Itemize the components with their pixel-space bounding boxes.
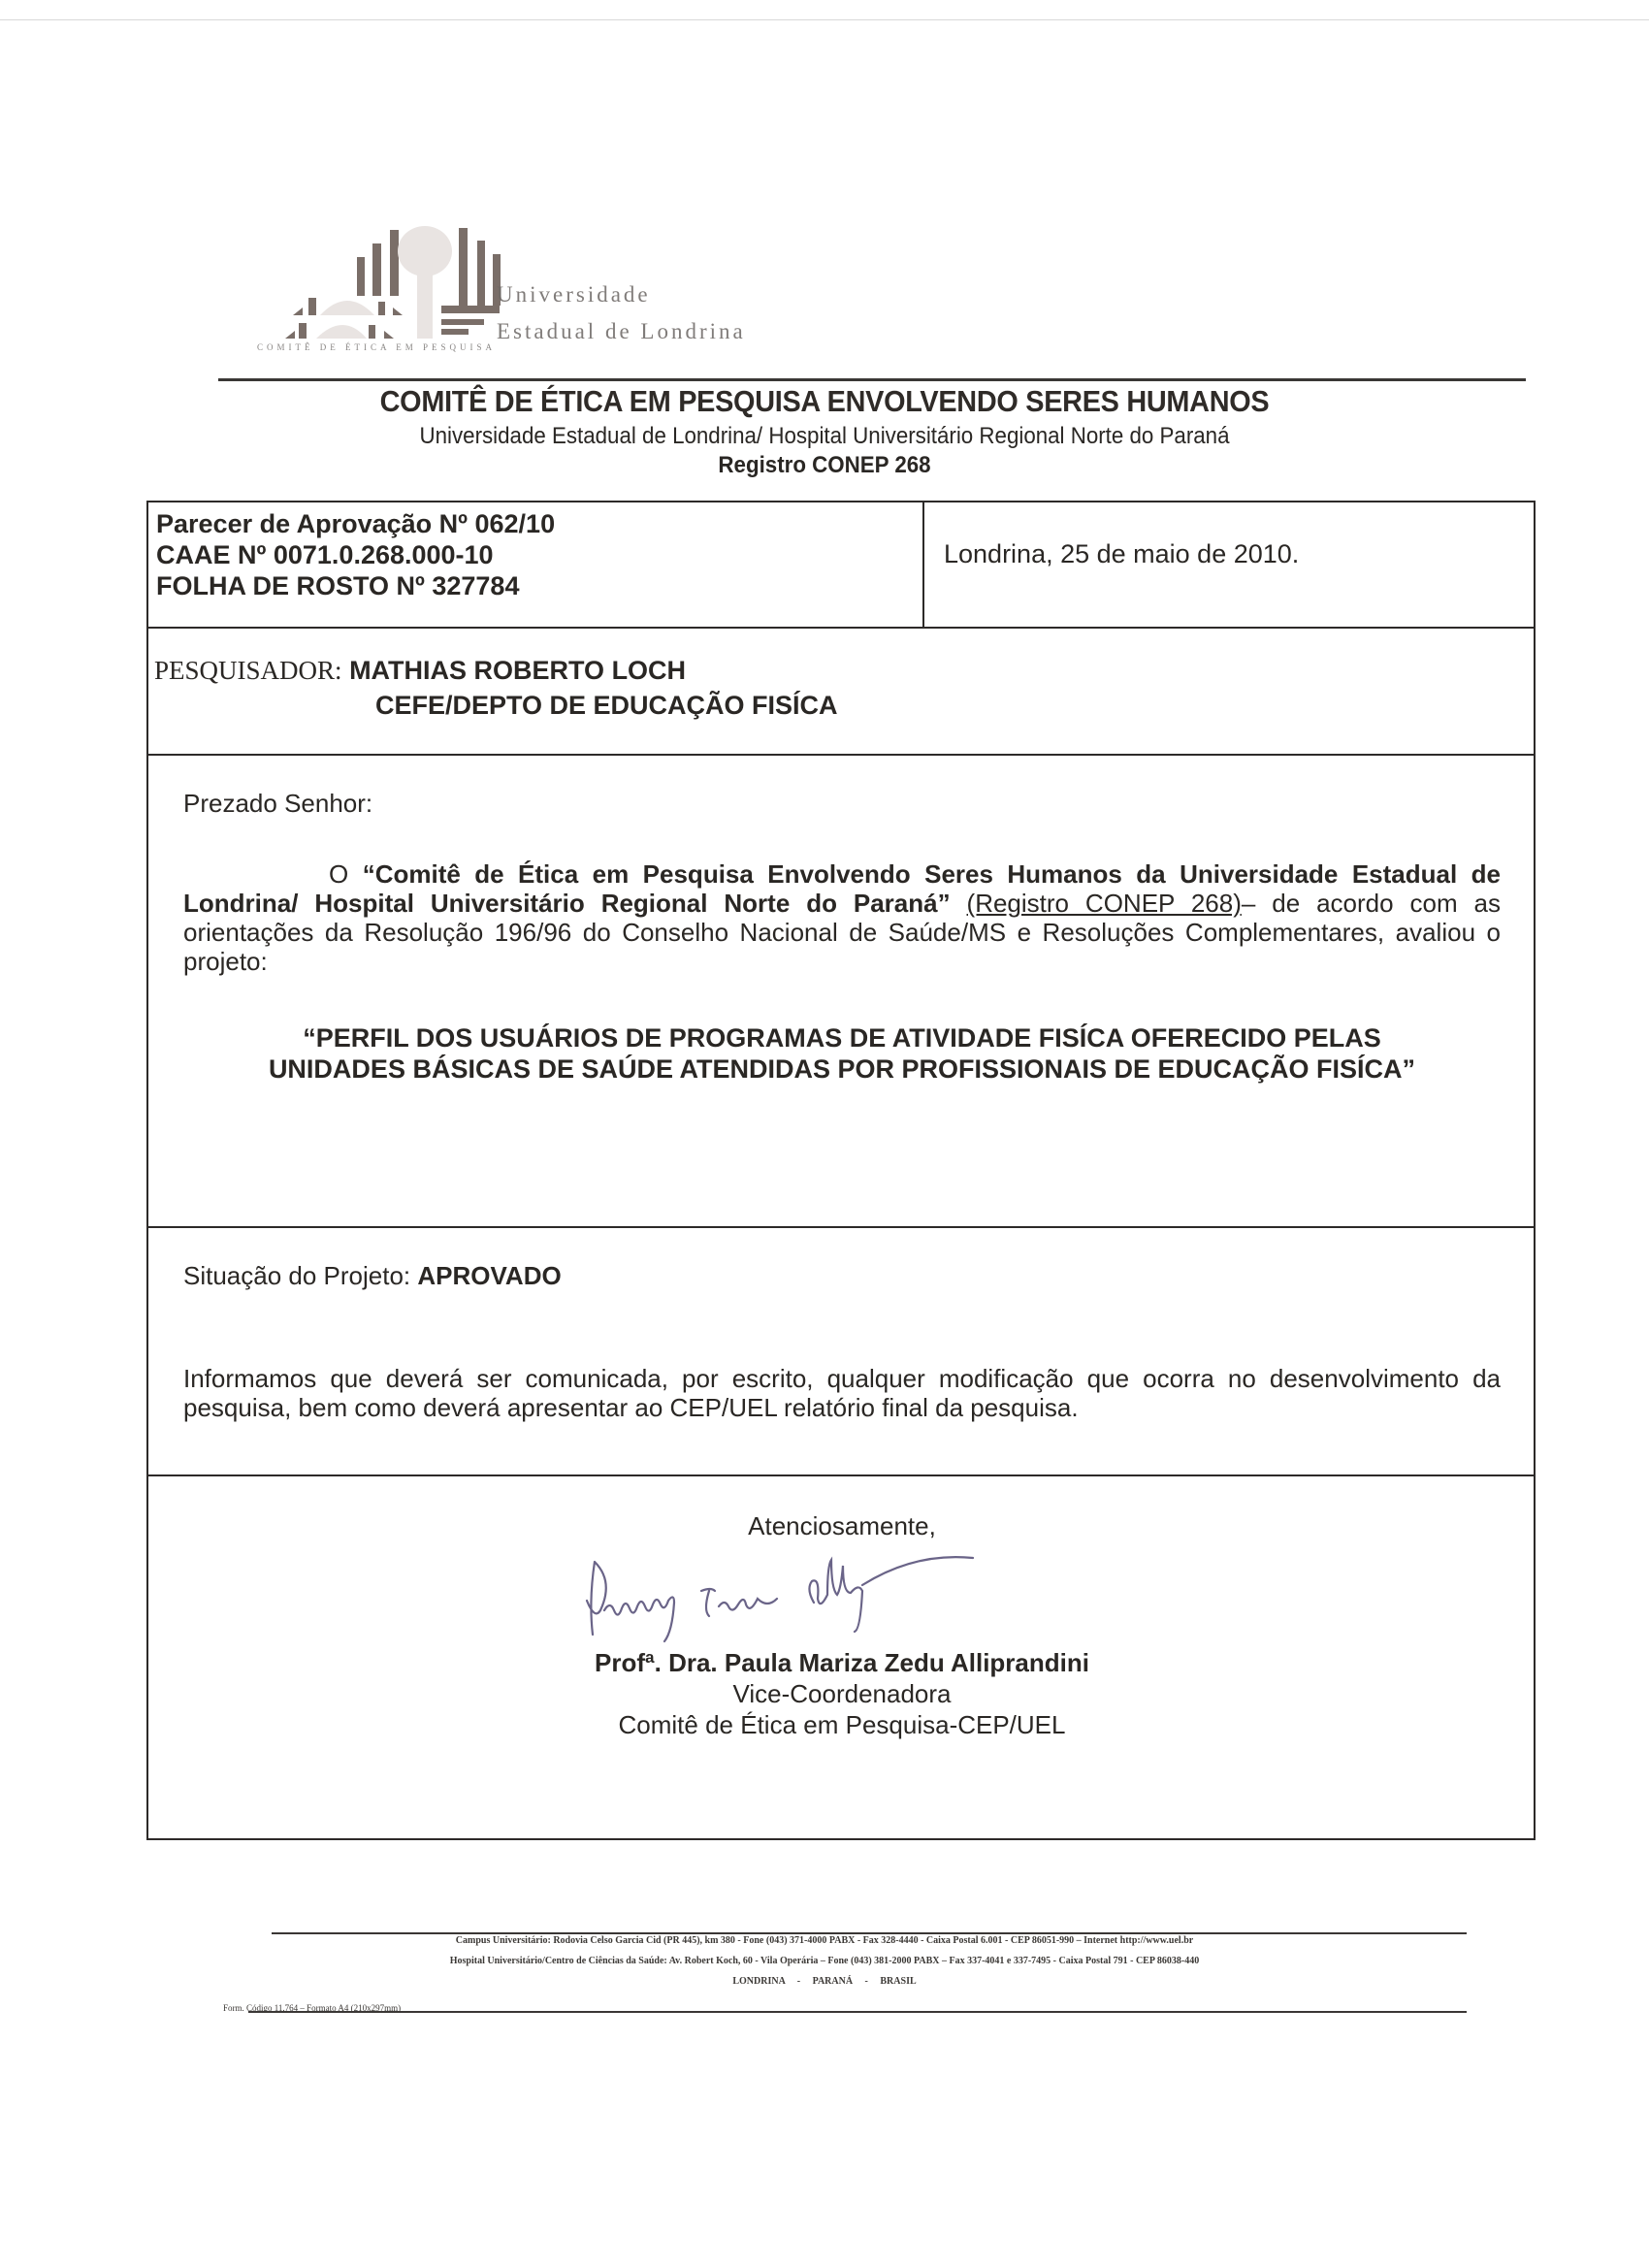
conep-registry-ref: (Registro CONEP 268): [967, 889, 1242, 918]
project-status: Situação do Projeto: APROVADO: [183, 1261, 562, 1291]
form-code: Form. Código 11.764 – Formato A4 (210x29…: [223, 2003, 401, 2013]
researcher-block: PESQUISADOR: MATHIAS ROBERTO LOCH CEFE/D…: [154, 653, 838, 723]
signer-organization: Comitê de Ética em Pesquisa-CEP/UEL: [148, 1709, 1536, 1740]
row-divider: [148, 627, 1534, 629]
signer-role: Vice-Coordenadora: [148, 1678, 1536, 1709]
signer-block: Profª. Dra. Paula Mariza Zedu Alliprandi…: [148, 1647, 1536, 1740]
researcher-department: CEFE/DEPTO DE EDUCAÇÃO FISÍCA: [154, 688, 838, 723]
footer-divider: [272, 1932, 1467, 1934]
footer-campus-address: Campus Universitário: Rodovia Celso Garc…: [0, 1935, 1649, 1946]
status-value: APROVADO: [417, 1261, 561, 1290]
evaluation-paragraph: O “Comitê de Ética em Pesquisa Envolvend…: [183, 859, 1501, 976]
scan-edge: [0, 19, 1649, 20]
signer-name: Profª. Dra. Paula Mariza Zedu Alliprandi…: [148, 1647, 1536, 1678]
caae-number: CAAE Nº 0071.0.268.000-10: [156, 539, 555, 570]
footer-divider-bottom: [248, 2011, 1467, 2013]
greeting: Prezado Senhor:: [183, 789, 372, 819]
header-divider: [218, 378, 1526, 381]
approval-form-table: Parecer de Aprovação Nº 062/10 CAAE Nº 0…: [146, 501, 1536, 1840]
parecer-number: Parecer de Aprovação Nº 062/10: [156, 508, 555, 539]
closing: Atenciosamente,: [148, 1511, 1536, 1541]
place-date: Londrina, 25 de maio de 2010.: [944, 539, 1299, 569]
researcher-label: PESQUISADOR:: [154, 656, 342, 685]
row-divider: [148, 1474, 1534, 1476]
row-divider: [148, 754, 1534, 756]
committee-title: COMITÊ DE ÉTICA EM PESQUISA ENVOLVENDO S…: [58, 384, 1592, 419]
handwritten-signature-icon: [566, 1542, 1070, 1649]
university-logo-icon: [281, 209, 533, 354]
logo-wordmark: Universidade Estadual de Londrina: [497, 276, 746, 350]
footer-hospital-address: Hospital Universitário/Centro de Ciência…: [0, 1956, 1649, 1966]
conep-registry: Registro CONEP 268: [58, 452, 1592, 479]
document-identifiers: Parecer de Aprovação Nº 062/10 CAAE Nº 0…: [156, 508, 555, 601]
project-title: “PERFIL DOS USUÁRIOS DE PROGRAMAS DE ATI…: [148, 1022, 1536, 1085]
institution-subtitle: Universidade Estadual de Londrina/ Hospi…: [58, 423, 1592, 450]
logo-subtitle: COMITÊ DE ÉTICA EM PESQUISA: [257, 342, 496, 352]
row-divider: [148, 1226, 1534, 1228]
footer-location: LONDRINA - PARANÁ - BRASIL: [0, 1976, 1649, 1987]
notice-paragraph: Informamos que deverá ser comunicada, po…: [183, 1364, 1501, 1422]
folha-rosto-number: FOLHA DE ROSTO Nº 327784: [156, 570, 555, 601]
column-divider: [922, 502, 924, 627]
researcher-name: MATHIAS ROBERTO LOCH: [349, 656, 686, 685]
